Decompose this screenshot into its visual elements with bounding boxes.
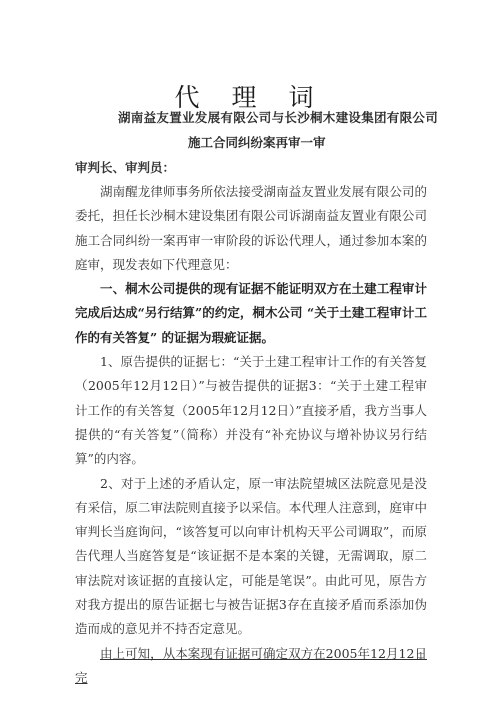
- document-subtitle-line2: 施工合同纠纷案再审一审: [188, 133, 326, 151]
- document-body: 湖南醒龙律师事务所依法接受湖南益友置业发展有限公司的委托，担任长沙桐木建设集团有…: [75, 180, 427, 690]
- paragraph-point-one-heading: 一、桐木公司提供的现有证据不能证明双方在土建工程审计完成后达成“另行结算”的约定…: [75, 277, 427, 350]
- paragraph-item-1: 1、原告提供的证据七：“关于土建工程审计工作的有关答复（2005年12月12日）…: [75, 350, 427, 471]
- paragraph-item-2: 2、对于上述的矛盾认定，原一审法院望城区法院意见是没有采信，原二审法院则直接予以…: [75, 472, 427, 642]
- document-subtitle-line1: 湖南益友置业发展有限公司与长沙桐木建设集团有限公司: [118, 108, 438, 126]
- paragraph-intro: 湖南醒龙律师事务所依法接受湖南益友置业发展有限公司的委托，担任长沙桐木建设集团有…: [75, 180, 427, 277]
- page-number: 1: [418, 652, 424, 662]
- paragraph-conclusion: 由上可知，从本案现有证据可确定双方在2005年12月12日完: [75, 642, 427, 691]
- salutation: 审判长、审判员：: [75, 156, 427, 180]
- document-page: 代 理 词 湖南益友置业发展有限公司与长沙桐木建设集团有限公司 施工合同纠纷案再…: [0, 0, 500, 706]
